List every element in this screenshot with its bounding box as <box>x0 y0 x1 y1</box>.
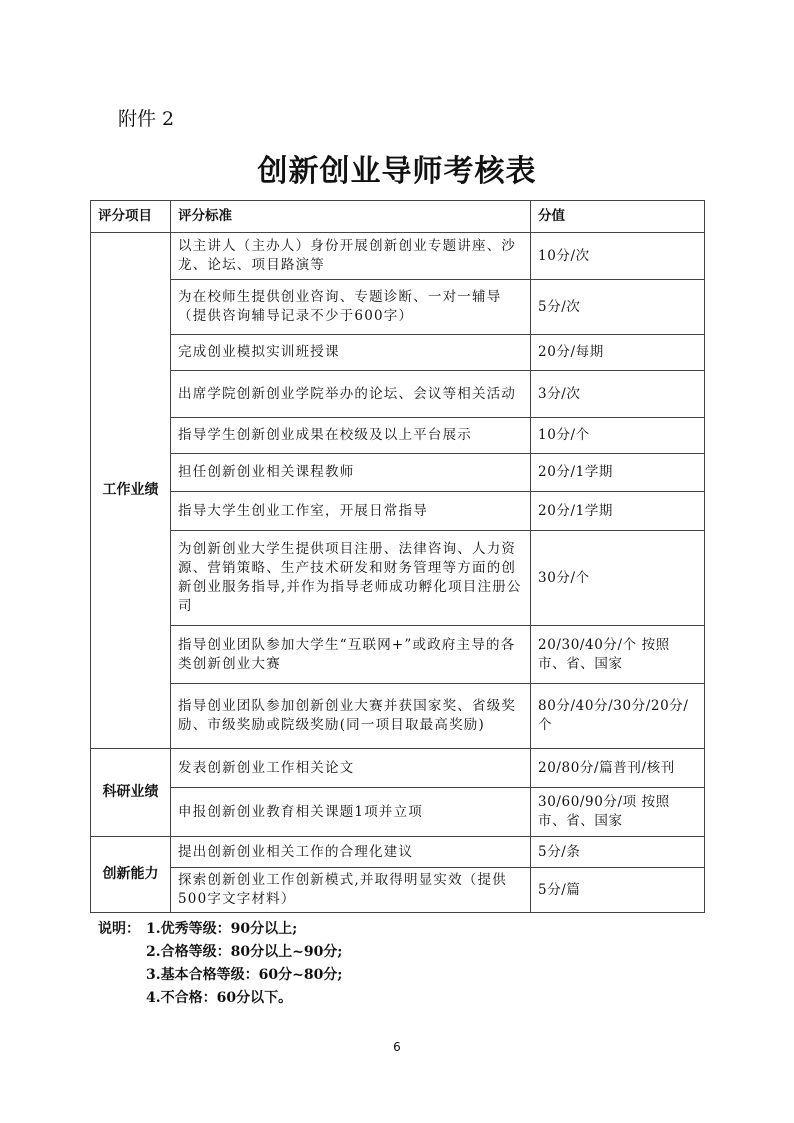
header-criterion: 评分标准 <box>171 201 531 233</box>
table-row: 出席学院创新创业学院举办的论坛、会议等相关活动 3分/次 <box>91 371 705 418</box>
score: 5分/次 <box>531 280 705 335</box>
score: 3分/次 <box>531 371 705 418</box>
table-header-row: 评分项目 评分标准 分值 <box>91 201 705 233</box>
score: 30/60/90分/项 按照市、省、国家 <box>531 788 705 837</box>
criterion: 为在校师生提供创业咨询、专题诊断、一对一辅导（提供咨询辅导记录不少于600字） <box>171 280 531 335</box>
page-title: 创新创业导师考核表 <box>0 146 794 190</box>
score: 20分/每期 <box>531 335 705 371</box>
header-score: 分值 <box>531 201 705 233</box>
criterion: 出席学院创新创业学院举办的论坛、会议等相关活动 <box>171 371 531 418</box>
score: 5分/篇 <box>531 868 705 913</box>
criterion: 以主讲人（主办人）身份开展创新创业专题讲座、沙龙、论坛、项目路演等 <box>171 233 531 280</box>
category-innovation-ability: 创新能力 <box>91 837 171 913</box>
table-row: 指导学生创新创业成果在校级及以上平台展示 10分/个 <box>91 418 705 454</box>
category-research-performance: 科研业绩 <box>91 749 171 837</box>
score: 20/80分/篇普刊/核刊 <box>531 749 705 788</box>
criterion: 提出创新创业相关工作的合理化建议 <box>171 837 531 868</box>
criterion: 探索创新创业工作创新模式,并取得明显实效（提供500字文字材料） <box>171 868 531 913</box>
criterion: 指导大学生创业工作室，开展日常指导 <box>171 492 531 531</box>
score: 20分/1学期 <box>531 492 705 531</box>
criterion: 完成创业模拟实训班授课 <box>171 335 531 371</box>
criterion: 申报创新创业教育相关课题1项并立项 <box>171 788 531 837</box>
table-row: 指导创业团队参加大学生“互联网+”或政府主导的各类创新创业大赛 20/30/40… <box>91 626 705 684</box>
table-row: 工作业绩 以主讲人（主办人）身份开展创新创业专题讲座、沙龙、论坛、项目路演等 1… <box>91 233 705 280</box>
table-row: 指导大学生创业工作室，开展日常指导 20分/1学期 <box>91 492 705 531</box>
table-row: 担任创新创业相关课程教师 20分/1学期 <box>91 454 705 492</box>
table-row: 完成创业模拟实训班授课 20分/每期 <box>91 335 705 371</box>
table-row: 申报创新创业教育相关课题1项并立项 30/60/90分/项 按照市、省、国家 <box>91 788 705 837</box>
table-row: 创新能力 提出创新创业相关工作的合理化建议 5分/条 <box>91 837 705 868</box>
page-number: 6 <box>0 1040 794 1054</box>
attachment-label: 附件 2 <box>118 104 174 131</box>
score: 20/30/40分/个 按照市、省、国家 <box>531 626 705 684</box>
table-row: 探索创新创业工作创新模式,并取得明显实效（提供500字文字材料） 5分/篇 <box>91 868 705 913</box>
score: 10分/次 <box>531 233 705 280</box>
table-row: 指导创业团队参加创新创业大赛并获国家奖、省级奖励、市级奖励或院级奖励(同一项目取… <box>91 684 705 749</box>
note-item: 3.基本合格等级：60分~80分; <box>98 964 342 987</box>
criterion: 为创新创业大学生提供项目注册、法律咨询、人力资源、营销策略、生产技术研发和财务管… <box>171 531 531 626</box>
criterion: 指导学生创新创业成果在校级及以上平台展示 <box>171 418 531 454</box>
score: 20分/1学期 <box>531 454 705 492</box>
note-item: 2.合格等级：80分以上~90分; <box>98 941 342 964</box>
category-work-performance: 工作业绩 <box>91 233 171 749</box>
notes-label: 说明： <box>98 918 146 941</box>
note-item: 1.优秀等级：90分以上; <box>146 921 297 937</box>
header-category: 评分项目 <box>91 201 171 233</box>
criterion: 担任创新创业相关课程教师 <box>171 454 531 492</box>
table-row: 为在校师生提供创业咨询、专题诊断、一对一辅导（提供咨询辅导记录不少于600字） … <box>91 280 705 335</box>
table-row: 为创新创业大学生提供项目注册、法律咨询、人力资源、营销策略、生产技术研发和财务管… <box>91 531 705 626</box>
criterion: 发表创新创业工作相关论文 <box>171 749 531 788</box>
score: 10分/个 <box>531 418 705 454</box>
score: 30分/个 <box>531 531 705 626</box>
note-item: 4.不合格：60分以下。 <box>98 987 342 1010</box>
score: 80分/40分/30分/20分/个 <box>531 684 705 749</box>
notes-section: 说明：1.优秀等级：90分以上; 2.合格等级：80分以上~90分; 3.基本合… <box>98 918 342 1010</box>
assessment-table: 评分项目 评分标准 分值 工作业绩 以主讲人（主办人）身份开展创新创业专题讲座、… <box>90 200 705 913</box>
table-row: 科研业绩 发表创新创业工作相关论文 20/80分/篇普刊/核刊 <box>91 749 705 788</box>
criterion: 指导创业团队参加创新创业大赛并获国家奖、省级奖励、市级奖励或院级奖励(同一项目取… <box>171 684 531 749</box>
criterion: 指导创业团队参加大学生“互联网+”或政府主导的各类创新创业大赛 <box>171 626 531 684</box>
score: 5分/条 <box>531 837 705 868</box>
